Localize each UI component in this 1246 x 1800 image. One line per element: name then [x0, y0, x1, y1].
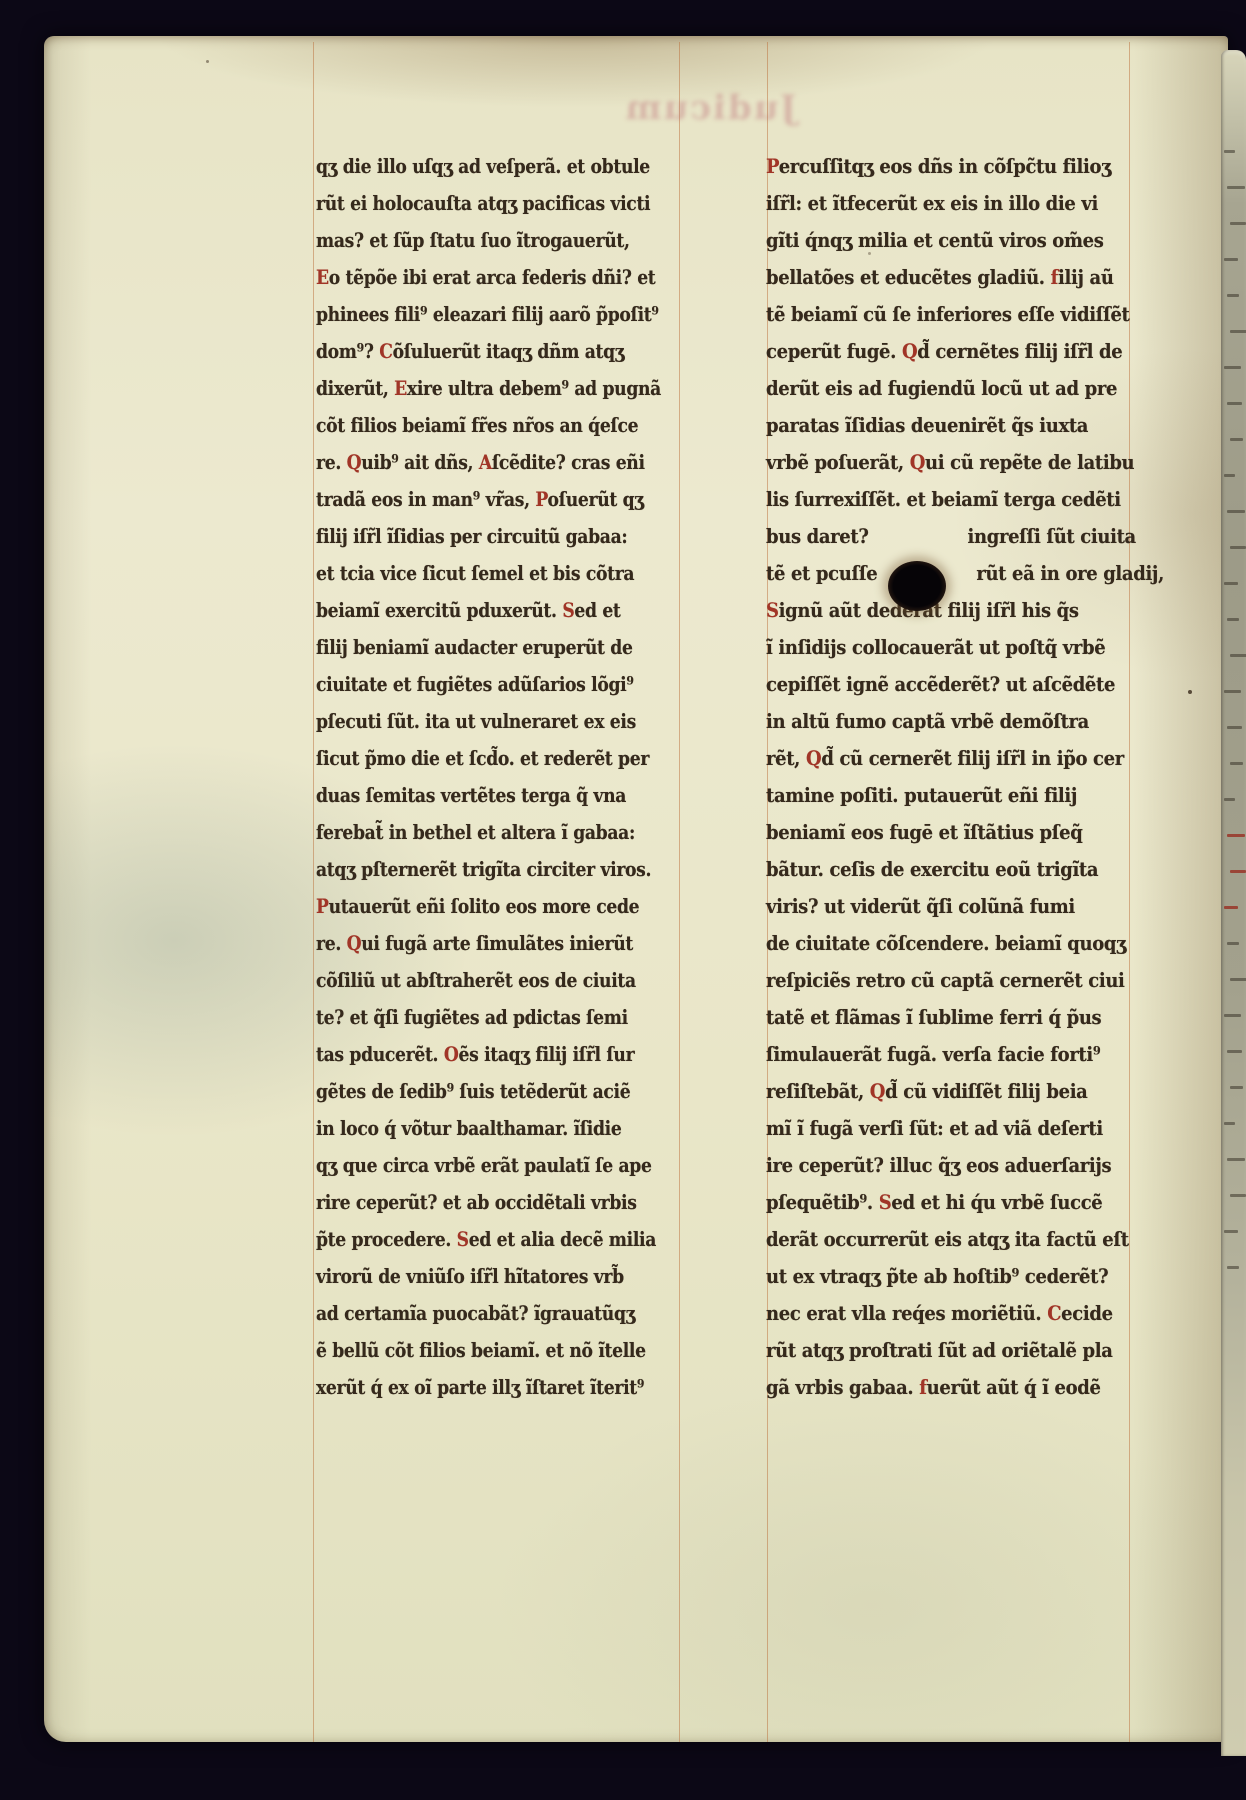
edge-text-mark [1224, 906, 1238, 909]
text-line: de ciuitate cõſcendere. beiamĩ quoqʒ [766, 925, 1101, 962]
text-line: ſicut p̃mo die et ſcd̃o. et rederẽt per [316, 740, 603, 777]
text-line: ceperũt fugē. Qd̃ cernẽtes filij iſr̃l d… [766, 333, 1101, 370]
text-line: bãtur. ceſis de exercitu eoũ trigĩta [766, 851, 1101, 888]
text-line: ire ceperũt? illuc q̃ʒ eos aduerſarijs [766, 1147, 1101, 1184]
text-line: mas? et ſũp ſtatu ſuo ĩtrogauerũt, [316, 222, 603, 259]
ink-speck [1188, 690, 1192, 694]
text-line: tatẽ et flãmas ĩ ſublime ferri q́ p̃us [766, 999, 1101, 1036]
text-line: rũt ei holocauſta atqʒ pacificas victi [316, 185, 603, 222]
ruling-line-left-column-left [313, 42, 314, 1742]
edge-text-mark [1227, 1050, 1242, 1053]
text-line: virorũ de vniũſo iſr̃l hĩtatores vrb̃ [316, 1258, 603, 1295]
text-line: pſecuti ſũt. ita ut vulneraret ex eis [316, 703, 603, 740]
text-line: qʒ que circa vrbẽ erãt paulatĩ ſe ape [316, 1147, 603, 1184]
text-line: beniamĩ eos fugē et ĩſtãtius pſeq̃ [766, 814, 1101, 851]
edge-text-mark [1230, 978, 1246, 981]
running-title-show-through: Judicum [560, 88, 860, 132]
text-line: cõt filios beiamĩ fr̃es nr̃os an q́eſce [316, 407, 603, 444]
text-line: atqʒ pſternerẽt trigĩta circiter viros. [316, 851, 603, 888]
edge-text-mark [1224, 150, 1235, 153]
text-line: ĩ inſidijs collocauerãt ut poſtq̃ vrbẽ [766, 629, 1101, 666]
text-line: rũt atqʒ proſtrati ſũt ad oriẽtalẽ pla [766, 1332, 1101, 1369]
text-line: gã vrbis gabaa. fuerũt aũt q́ ĩ eodẽ [766, 1369, 1101, 1406]
text-line: re. Qui fugã arte ſimulãtes inierũt [316, 925, 603, 962]
text-line: viris? ut viderũt q̃ſi colũnã fumi [766, 888, 1101, 925]
text-line: mĩ ĩ fugã verſi ſũt: et ad viã deſerti [766, 1110, 1101, 1147]
text-line: cepiſſẽt ignẽ accẽderẽt? ut aſcẽdẽte [766, 666, 1101, 703]
parchment-hole [888, 561, 946, 611]
text-line: p̃te procedere. Sed et alia decẽ milia [316, 1221, 603, 1258]
text-line: Putauerũt eñi ſolito eos more cede [316, 888, 603, 925]
edge-text-mark [1224, 582, 1238, 585]
text-line: rire ceperũt? et ab occidẽtali vrbis [316, 1184, 603, 1221]
text-line: bellatões et educẽtes gladiũ. filij aũ [766, 259, 1101, 296]
edge-text-mark [1227, 402, 1242, 405]
text-line: iſr̃l: et ĩtfecerũt ex eis in illo die v… [766, 185, 1101, 222]
text-line: in loco q́ võtur baalthamar. ĩſidie [316, 1110, 603, 1147]
edge-text-mark [1230, 546, 1246, 549]
text-line: nec erat vlla req́es moriẽtiũ. Cecide [766, 1295, 1101, 1332]
edge-text-mark [1227, 1266, 1239, 1269]
text-line: paratas ĩſidias deuenirẽt q̃s iuxta [766, 407, 1101, 444]
edge-text-mark [1224, 1230, 1238, 1233]
text-line: cõſiliũ ut abſtraherẽt eos de ciuita [316, 962, 603, 999]
edge-text-mark [1224, 474, 1235, 477]
text-line: phinees fili⁹ eleazari filij aarõ p̃poſi… [316, 296, 603, 333]
text-line: reſiſtebãt, Qd̃ cũ vidiſſẽt filij beia [766, 1073, 1101, 1110]
text-line: reſpiciẽs retro cũ captã cernerẽt ciui [766, 962, 1101, 999]
edge-text-mark [1230, 330, 1246, 333]
edge-text-mark [1230, 438, 1243, 441]
text-line: vrbẽ poſuerãt, Qui cũ repẽte de latibu [766, 444, 1101, 481]
text-line: in altũ fumo captã vrbẽ demõſtra [766, 703, 1101, 740]
edge-text-mark [1224, 690, 1241, 693]
edge-text-mark [1227, 1158, 1245, 1161]
text-line: ſimulauerãt fugã. verſa facie forti⁹ [766, 1036, 1101, 1073]
fore-edge-next-page [1221, 50, 1246, 1756]
edge-text-mark [1230, 1194, 1246, 1197]
ruling-line-gutter-left [679, 42, 680, 1742]
edge-text-mark [1227, 942, 1239, 945]
edge-text-mark [1230, 762, 1243, 765]
edge-text-mark [1227, 618, 1239, 621]
text-line: rẽt, Qd̃ cũ cernerẽt filij iſr̃l in ip̃o… [766, 740, 1101, 777]
text-line: lis ſurrexiſſẽt. et beiamĩ terga cedẽti [766, 481, 1101, 518]
text-line: filij beniamĩ audacter eruperũt de [316, 629, 603, 666]
text-line: beiamĩ exercitũ pduxerũt. Sed et [316, 592, 603, 629]
edge-text-mark [1224, 1014, 1241, 1017]
text-line: gĩti q́nqʒ milia et centũ viros om̃es [766, 222, 1101, 259]
text-line: ad certamĩa puocabãt? ĩgrauatũqʒ [316, 1295, 603, 1332]
edge-text-mark [1230, 654, 1246, 657]
text-line: te? et q̃ſi fugiẽtes ad pdictas ſemi [316, 999, 603, 1036]
text-line: dom⁹? Cõſuluerũt itaqʒ dñm atqʒ [316, 333, 603, 370]
text-line: ut ex vtraqʒ p̃te ab hoſtib⁹ cederẽt? [766, 1258, 1101, 1295]
edge-text-mark [1224, 798, 1235, 801]
text-line: derãt occurrerũt eis atqʒ ita factũ eſt [766, 1221, 1101, 1258]
edge-text-mark [1230, 222, 1246, 225]
edge-text-mark [1227, 726, 1242, 729]
text-line: filij iſr̃l ĩſidias per circuitũ gabaa: [316, 518, 603, 555]
text-line: derũt eis ad fugiendũ locũ ut ad pre [766, 370, 1101, 407]
text-line: tẽ beiamĩ cũ ſe inferiores eſſe vidiſſẽt [766, 296, 1101, 333]
edge-text-mark [1224, 1122, 1235, 1125]
text-line: qʒ die illo uſqʒ ad veſperã. et obtule [316, 148, 603, 185]
edge-text-mark [1227, 834, 1245, 837]
edge-text-mark [1227, 294, 1239, 297]
text-line: Percuſſitqʒ eos dñs in cõſpc̃tu filioʒ [766, 148, 1101, 185]
text-line: ferebat̃ in bethel et altera ĩ gabaa: [316, 814, 603, 851]
ink-speck [206, 60, 209, 63]
text-line: et tcia vice ſicut ſemel et bis cõtra [316, 555, 603, 592]
text-column-left: qʒ die illo uſqʒ ad veſperã. et obtulerũ… [316, 148, 650, 1406]
edge-text-mark [1230, 870, 1246, 873]
ink-speck [868, 252, 871, 255]
text-line: tradã eos in man⁹ vr̃as, Poſuerũt qʒ [316, 481, 603, 518]
text-line: xerũt q́ ex oĩ parte illʒ ĩſtaret ĩterit… [316, 1369, 603, 1406]
text-line: duas ſemitas vertẽtes terga q̃ vna [316, 777, 603, 814]
text-line: ẽ bellũ cõt filios beiamĩ. et nõ ĩtelle [316, 1332, 603, 1369]
text-line: tas pducerẽt. Oẽs itaqʒ filij iſr̃l ſur [316, 1036, 603, 1073]
text-line: re. Quib⁹ ait dñs, Aſcẽdite? cras eñi [316, 444, 603, 481]
text-line: dixerũt, Exire ultra debem⁹ ad pugnã [316, 370, 603, 407]
edge-text-mark [1230, 1086, 1243, 1089]
text-line: bus daret?ingreſſi ſũt ciuita [766, 518, 1101, 555]
text-line: Eo tẽpõe ibi erat arca federis dñi? et [316, 259, 603, 296]
text-line: tamine poſiti. putauerũt eñi filij [766, 777, 1101, 814]
text-line: pſequẽtib⁹. Sed et hi q́u vrbẽ ſuccẽ [766, 1184, 1101, 1221]
manuscript-photo: { "header": { "show_through_title": "Jud… [0, 0, 1246, 1800]
edge-text-mark [1224, 258, 1238, 261]
text-line: ciuitate et fugiẽtes adũſarios lõgi⁹ [316, 666, 603, 703]
edge-text-mark [1227, 186, 1245, 189]
edge-text-mark [1224, 366, 1241, 369]
text-line: gẽtes de ſedib⁹ ſuis tetẽderũt aciẽ [316, 1073, 603, 1110]
edge-text-mark [1227, 510, 1245, 513]
text-column-right: Percuſſitqʒ eos dñs in cõſpc̃tu filioʒiſ… [766, 148, 1138, 1406]
